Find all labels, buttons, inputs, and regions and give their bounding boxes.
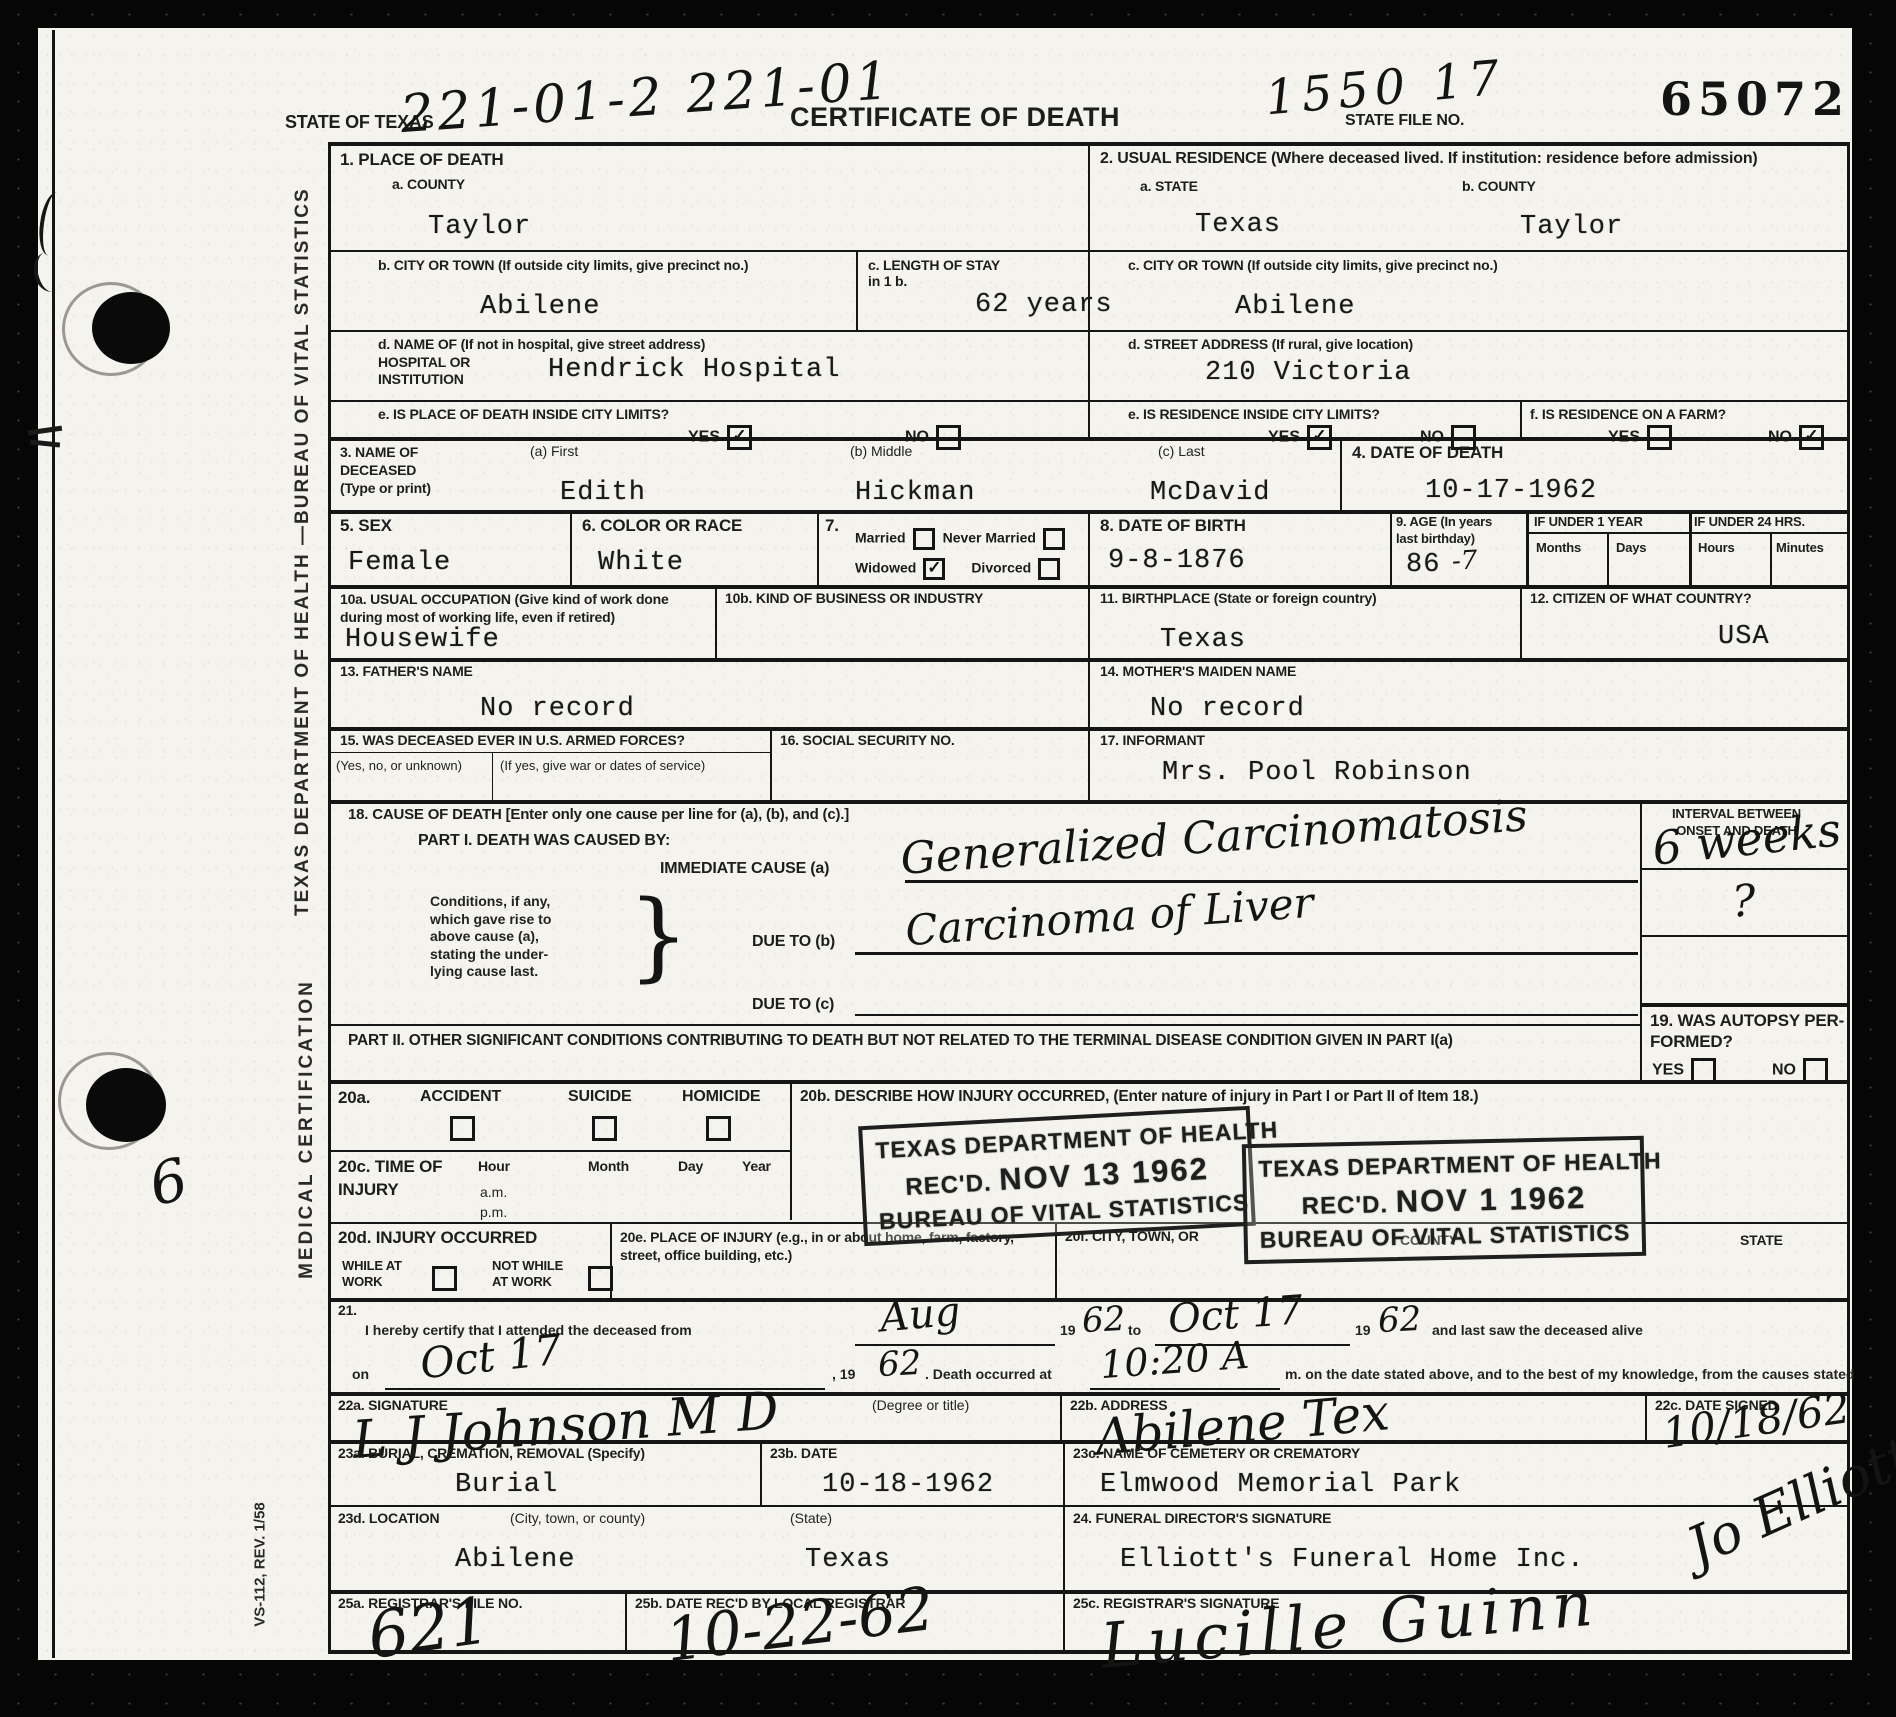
field-pod-city-value: Abilene: [480, 292, 600, 322]
divorced-checkbox: [1038, 558, 1060, 580]
field-death-date-label: 4. DATE OF DEATH: [1352, 443, 1503, 463]
field-middle-label: (b) Middle: [850, 443, 912, 459]
certify-to-label: to: [1128, 1322, 1141, 1338]
field-birth-date-label: 8. DATE OF BIRTH: [1100, 516, 1246, 536]
field-while-at-work-label: WHILE AT WORK: [342, 1258, 402, 1289]
field-age-label: 9. AGE (In years last birthday): [1396, 514, 1492, 548]
field-conditions-note: Conditions, if any, which gave rise to a…: [430, 893, 551, 981]
field-res-state-value: Texas: [1195, 210, 1281, 240]
field-day-label: Day: [678, 1158, 703, 1174]
stamp-recd: REC'D.: [905, 1169, 993, 1200]
while-at-work-checkbox: [432, 1266, 457, 1291]
field-degree-label: (Degree or title): [872, 1397, 969, 1413]
certify-yr1-value: 62: [1081, 1299, 1126, 1341]
field-res-limits-label: e. IS RESIDENCE INSIDE CITY LIMITS?: [1128, 406, 1380, 422]
field-last-label: (c) Last: [1158, 443, 1205, 459]
field-hour-label: Hour: [478, 1158, 510, 1174]
field-21-number: 21.: [338, 1302, 357, 1318]
field-pm-label: p.m.: [480, 1204, 507, 1220]
field-cemetery-value: Elmwood Memorial Park: [1100, 1470, 1461, 1500]
certify-yr-prefix3: , 19: [832, 1366, 855, 1382]
field-pod-city-label: b. CITY OR TOWN (If outside city limits,…: [378, 257, 748, 273]
field-20a-number: 20a.: [338, 1088, 370, 1108]
field-res-farm-label: f. IS RESIDENCE ON A FARM?: [1530, 406, 1726, 422]
field-23d-sub1: (City, town, or county): [510, 1510, 645, 1526]
field-due-to-b-label: DUE TO (b): [752, 933, 835, 951]
field-pod-stay-label: c. LENGTH OF STAY in 1 b.: [868, 257, 1000, 289]
field-minutes-label: Minutes: [1776, 540, 1824, 555]
homicide-checkbox: [706, 1116, 731, 1141]
field-occupation-value: Housewife: [345, 625, 500, 655]
certify-yr2-value: 62: [1377, 1299, 1422, 1341]
field-father-label: 13. FATHER'S NAME: [340, 663, 473, 679]
certify-yr-prefix2: 19: [1355, 1322, 1371, 1338]
received-stamp-nov-13: TEXAS DEPARTMENT OF HEALTH REC'D. NOV 13…: [858, 1106, 1256, 1246]
field-birthplace-value: Texas: [1160, 625, 1246, 655]
scan-border-left: [0, 0, 38, 1717]
field-23d-label: 23d. LOCATION: [338, 1510, 439, 1526]
field-first-label: (a) First: [530, 443, 578, 459]
stamp-date: NOV 1 1962: [1395, 1180, 1586, 1219]
field-under-1-year-label: IF UNDER 1 YEAR: [1534, 514, 1643, 529]
certify-yr-prefix1: 19: [1060, 1322, 1076, 1338]
punch-hole: [86, 1068, 166, 1142]
field-pod-limits-label: e. IS PLACE OF DEATH INSIDE CITY LIMITS?: [378, 406, 669, 422]
field-23c-label: 23c. NAME OF CEMETERY OR CREMATORY: [1073, 1445, 1360, 1461]
not-while-at-work-checkbox: [588, 1266, 613, 1291]
field-last-value: McDavid: [1150, 478, 1270, 508]
field-pod-hospital-value: Hendrick Hospital: [548, 355, 840, 385]
married-checkbox: [913, 528, 935, 550]
field-armed-forces-sub2: (If yes, give war or dates of service): [500, 758, 705, 773]
field-24-label: 24. FUNERAL DIRECTOR'S SIGNATURE: [1073, 1510, 1331, 1526]
margin-dept-label: TEXAS DEPARTMENT OF HEALTH —BUREAU OF VI…: [292, 226, 314, 916]
field-pod-stay-value: 62 years: [975, 290, 1113, 320]
stamp-recd: REC'D.: [1301, 1191, 1388, 1220]
field-20d-label: 20d. INJURY OCCURRED: [338, 1228, 537, 1248]
field-res-county-label: b. COUNTY: [1462, 178, 1536, 194]
scanned-death-certificate: { "doc": { "header": { "state_label": "S…: [0, 0, 1896, 1717]
field-race-value: White: [598, 548, 684, 578]
field-first-value: Edith: [560, 478, 646, 508]
field-funeral-director-value: Elliott's Funeral Home Inc.: [1120, 1545, 1584, 1575]
field-23b-label: 23b. DATE: [770, 1445, 837, 1461]
field-am-label: a.m.: [480, 1184, 507, 1200]
field-year-label: Year: [742, 1158, 771, 1174]
field-location-city-value: Abilene: [455, 1545, 575, 1575]
accident-checkbox: [450, 1116, 475, 1141]
field-res-city-label: c. CITY OR TOWN (If outside city limits,…: [1128, 257, 1498, 273]
field-sex-value: Female: [348, 548, 451, 578]
field-pod-county-label: a. COUNTY: [392, 176, 465, 192]
field-age-handwritten-mark: -7: [1451, 545, 1478, 576]
suicide-checkbox: [592, 1116, 617, 1141]
field-part1-label: PART I. DEATH WAS CAUSED BY:: [418, 832, 670, 850]
certify-line2-pre: on: [352, 1366, 369, 1382]
state-file-number-stamp: 65072: [1660, 72, 1850, 126]
margin-medical-certification-label: MEDICAL CERTIFICATION: [296, 964, 318, 1294]
field-father-value: No record: [480, 694, 635, 724]
field-death-date-value: 10-17-1962: [1425, 476, 1597, 506]
field-industry-label: 10b. KIND OF BUSINESS OR INDUSTRY: [725, 590, 983, 606]
certify-from-value: Aug: [878, 1289, 962, 1342]
stamp-line3: BUREAU OF VITAL STATISTICS: [1260, 1219, 1630, 1254]
received-stamp-nov-1: TEXAS DEPARTMENT OF HEALTH REC'D. NOV 1 …: [1242, 1136, 1646, 1264]
field-mother-label: 14. MOTHER'S MAIDEN NAME: [1100, 663, 1296, 679]
certify-death-at-label: . Death occurred at: [925, 1366, 1052, 1382]
field-informant-value: Mrs. Pool Robinson: [1162, 758, 1472, 788]
field-armed-forces-sub1: (Yes, no, or unknown): [336, 758, 462, 773]
field-birthplace-label: 11. BIRTHPLACE (State or foreign country…: [1100, 590, 1377, 606]
certify-yr3-value: 62: [877, 1343, 922, 1385]
field-location-state-value: Texas: [805, 1545, 891, 1575]
field-accident-label: ACCIDENT: [420, 1088, 501, 1106]
field-burial-value: Burial: [455, 1470, 558, 1500]
field-citizen-value: USA: [1718, 622, 1770, 652]
field-age-value: 86: [1406, 550, 1440, 580]
brace-glyph: }: [628, 880, 689, 992]
widowed-checkbox: ✓: [923, 558, 945, 580]
field-cause-title: 18. CAUSE OF DEATH [Enter only one cause…: [348, 806, 849, 823]
field-not-while-at-work-label: NOT WHILE AT WORK: [492, 1258, 563, 1289]
field-days-label: Days: [1616, 540, 1646, 555]
header-file-no-label: STATE FILE NO.: [1345, 112, 1464, 130]
field-burial-date-value: 10-18-1962: [822, 1470, 994, 1500]
field-23d-sub2: (State): [790, 1510, 832, 1526]
field-under-24-label: IF UNDER 24 HRS.: [1694, 514, 1805, 529]
field-armed-forces-label: 15. WAS DECEASED EVER IN U.S. ARMED FORC…: [340, 732, 685, 748]
never-married-checkbox: [1043, 528, 1065, 550]
field-interval-b-value: ?: [1731, 875, 1757, 927]
field-mother-value: No record: [1150, 694, 1305, 724]
field-place-of-death-title: 1. PLACE OF DEATH: [340, 150, 503, 170]
field-20f-state-label: STATE: [1740, 1232, 1783, 1248]
field-res-street-value: 210 Victoria: [1205, 358, 1411, 388]
field-homicide-label: HOMICIDE: [682, 1088, 760, 1106]
stamp-date: NOV 13 1962: [998, 1151, 1209, 1197]
scan-border-top: [0, 0, 1896, 28]
field-immediate-cause-label: IMMEDIATE CAUSE (a): [660, 860, 829, 878]
field-hours-label: Hours: [1698, 540, 1735, 555]
marital-widowed: Widowed✓Divorced: [855, 558, 1060, 580]
field-res-street-label: d. STREET ADDRESS (If rural, give locati…: [1128, 336, 1413, 352]
field-birth-date-value: 9-8-1876: [1108, 546, 1246, 576]
scan-border-bottom: [0, 1660, 1896, 1717]
field-occupation-label: 10a. USUAL OCCUPATION (Give kind of work…: [340, 590, 669, 626]
field-residence-title: 2. USUAL RESIDENCE (Where deceased lived…: [1100, 150, 1758, 168]
stamp-line1: TEXAS DEPARTMENT OF HEALTH: [1258, 1148, 1628, 1183]
certify-line1-post: and last saw the deceased alive: [1432, 1322, 1643, 1338]
field-res-state-label: a. STATE: [1140, 178, 1198, 194]
field-informant-label: 17. INFORMANT: [1100, 732, 1205, 748]
field-middle-value: Hickman: [855, 478, 975, 508]
field-months-label: Months: [1536, 540, 1581, 555]
field-pod-county-value: Taylor: [428, 212, 531, 242]
field-due-to-c-label: DUE TO (c): [752, 996, 834, 1014]
field-23a-label: 23a. BURIAL, CREMATION, REMOVAL (Specify…: [338, 1445, 645, 1461]
field-month-label: Month: [588, 1158, 629, 1174]
field-sex-label: 5. SEX: [340, 516, 392, 536]
certify-line2-post: m. on the date stated above, and to the …: [1285, 1366, 1854, 1382]
field-marital-number: 7.: [825, 516, 839, 536]
field-20b-label: 20b. DESCRIBE HOW INJURY OCCURRED, (Ente…: [800, 1088, 1478, 1106]
field-citizen-label: 12. CITIZEN OF WHAT COUNTRY?: [1530, 590, 1752, 606]
margin-form-number: VS-112, REV. 1/58: [252, 1465, 269, 1665]
marital-married: MarriedNever Married: [855, 528, 1065, 550]
field-deceased-name-label: 3. NAME OF DECEASED (Type or print): [340, 443, 431, 498]
field-20c-label: 20c. TIME OF INJURY: [338, 1156, 442, 1202]
field-part2-label: PART II. OTHER SIGNIFICANT CONDITIONS CO…: [348, 1032, 1453, 1050]
document-title: CERTIFICATE OF DEATH: [790, 102, 1120, 133]
field-autopsy-label: 19. WAS AUTOPSY PER- FORMED?: [1650, 1010, 1844, 1053]
field-ssn-label: 16. SOCIAL SECURITY NO.: [780, 732, 955, 748]
field-res-city-value: Abilene: [1235, 292, 1355, 322]
field-race-label: 6. COLOR OR RACE: [582, 516, 742, 536]
field-res-county-value: Taylor: [1520, 212, 1623, 242]
punch-hole: [92, 292, 170, 364]
field-suicide-label: SUICIDE: [568, 1088, 632, 1106]
